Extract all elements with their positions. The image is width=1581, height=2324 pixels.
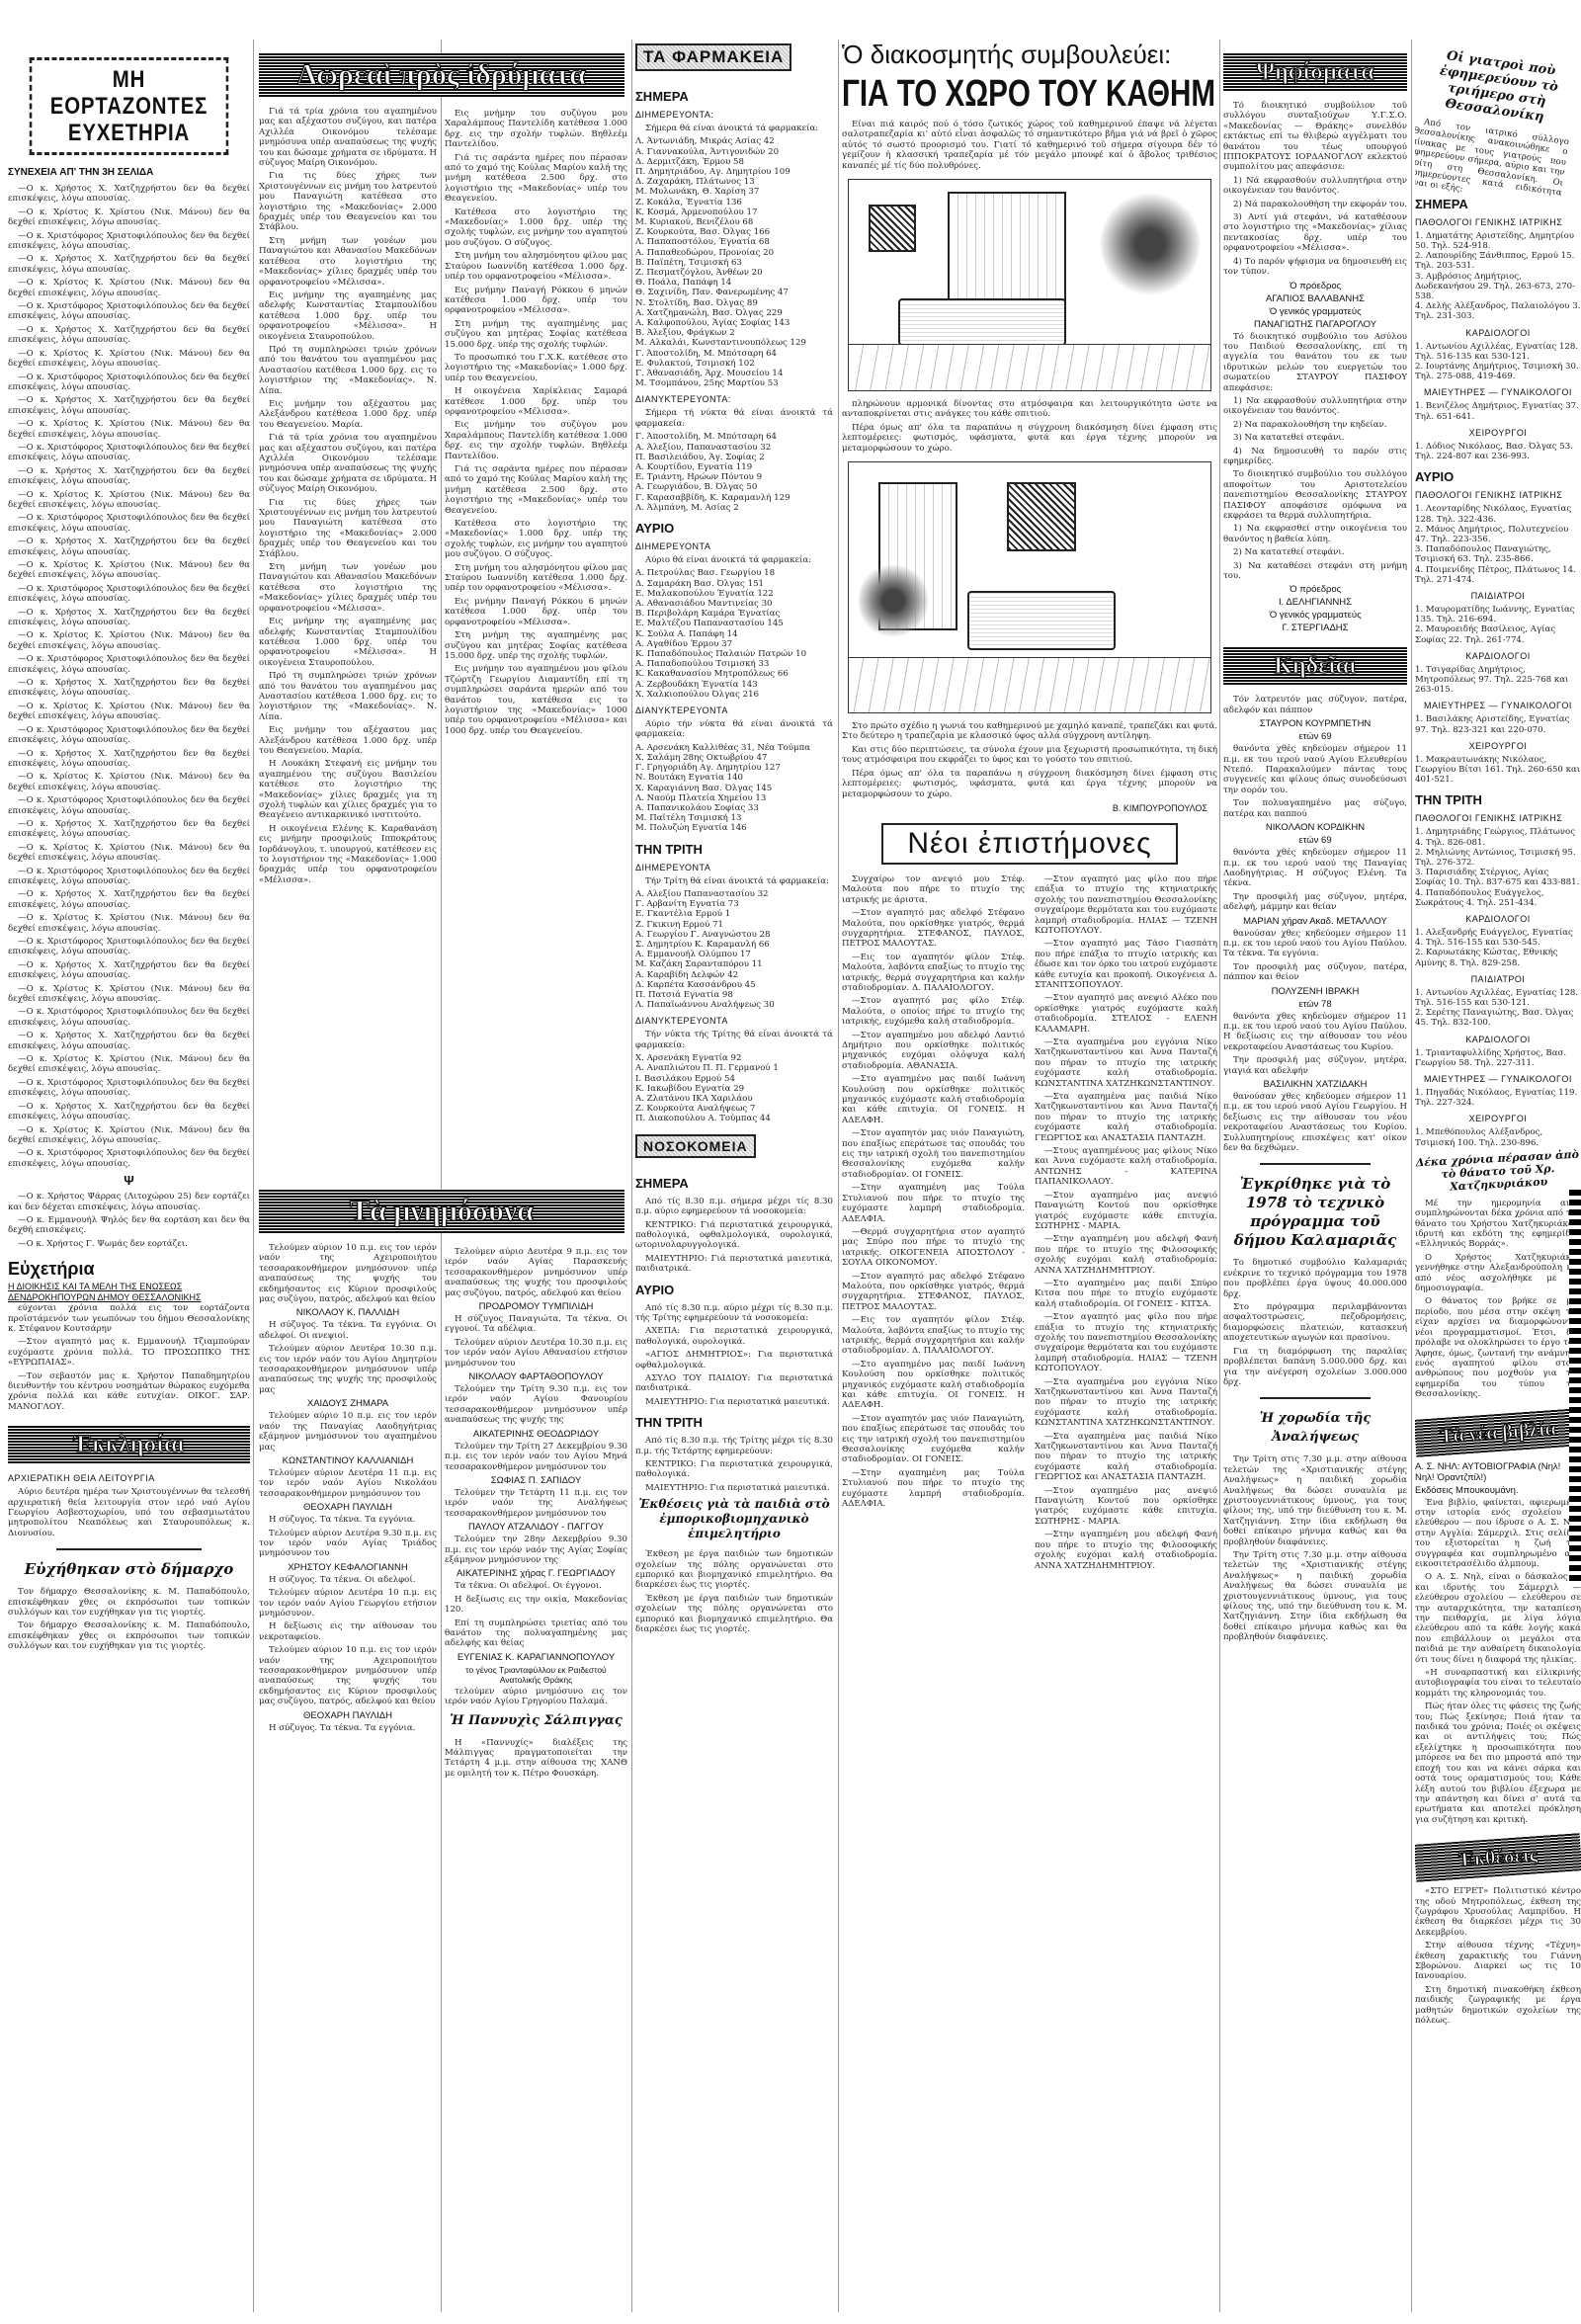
pharmacy-entry: Χ. Χαλκιοπούλου Όλγας 216 <box>635 690 833 700</box>
greetings-filler: —Ο κ. Χρήστος Χ. Χατζηχρήστου δεν θα δεχ… <box>8 184 250 1169</box>
pharmacies-today: ΣΗΜΕΡΑ <box>635 89 833 104</box>
pharmacies-day-label: ΔΙΗΜΕΡΕΥΟΝΤΑ <box>635 541 833 551</box>
doctor-entry: 2. Καρυωτάκης Κώστας, Εθνικής Αμύνης 8. … <box>1415 948 1581 967</box>
doctor-specialty: ΠΑΙΔΙΑΤΡΟΙ <box>1415 974 1581 984</box>
doctors-tuesday: ΤΗΝ ΤΡΙΤΗ <box>1415 792 1581 807</box>
memorial-text: Τελούμεν αύριο Δευτέρα 9 π.μ. εις τον ιε… <box>445 1247 627 1298</box>
funeral-intro: Την προσφιλή μας σύζυγον, μητέρα, αδελφή… <box>1223 892 1407 913</box>
floor-drawing <box>849 344 1210 390</box>
hospital-entry: ΑΧΕΠΑ: Για περιστατικά χειρουργικά, παθο… <box>635 1326 833 1347</box>
donation-item: Εις μνήμην της αγαπημένης μας αδελφής Κω… <box>259 617 437 668</box>
doctor-entry: 1. Αντωνίου Αχιλλέας, Εγνατίας 128. Τηλ.… <box>1415 342 1581 362</box>
pharmacy-entry: Α. Αθανασιάδου Μαντινείας 30 <box>635 599 833 609</box>
greeting-entry: —Ο κ. Χριστόφορος Χριστοφιλόπουλος δεν θ… <box>8 795 250 816</box>
funeral-text: θανόντα χθες κηδεύομεν σήμερον 11 π.μ. ε… <box>1223 1012 1407 1053</box>
book-review: Ο Α. Σ. Νηλ, είναι ο δάσκαλος — και ιδρυ… <box>1415 1572 1581 1665</box>
anniversary-text: Ο θάνατος τον βρήκε σε μια περίοδο, που … <box>1415 1296 1581 1399</box>
pharmacy-entry: Θ. Ποάλα, Παπάφη 14 <box>635 278 833 288</box>
article-paragraph: Πέρα όμως απ' όλα τα παραπάνω η σύγχρονη… <box>842 423 1217 454</box>
donation-item: Γιά τις σαράντα ημέρες που πέρασαν από τ… <box>445 464 627 516</box>
memorial-name: ΝΙΚΟΛΑΟΥ ΦΑΡΤΑΘΟΠΟΥΛΟΥ <box>445 1371 627 1382</box>
memorial-text: Τελούμεν την Τρίτη 9.30 π.μ. εις τον ιερ… <box>445 1384 627 1426</box>
blessing-text: Τον δήμαρχο Θεσσαλονίκης κ. Μ. Παπαδόπου… <box>8 1620 250 1651</box>
congrats-entry: —Στα αγαπημένα μου εγγόνια Νίκο Χατζηκων… <box>1035 1037 1217 1089</box>
funeral-name: ΣΤΑΥΡΟΝ ΚΟΥΡΜΠΕΤΗΝ <box>1223 718 1407 729</box>
memorial-text: Η δεξίωσις εις την οικία, Μακεδονίας 120… <box>445 1595 627 1616</box>
greeting-entry: —Ο κ. Χρίστος Κ. Χρίστου (Νικ. Μάνου) δε… <box>8 349 250 370</box>
donation-item: Στη μνήμη του αλησμόνητου φίλου μας Σταύ… <box>445 563 627 594</box>
greeting-entry: —Ο κ. Χριστόφορος Χριστοφιλόπουλος δεν θ… <box>8 1148 250 1169</box>
donation-item: Η οικογένεια Ελένης Κ. Καραθανάση εις μν… <box>259 824 437 885</box>
pharmacies-intro: Σήμερα τή νύκτα θά είναι άνοικτά τά φαρμ… <box>635 408 833 429</box>
liturgy-title: ΑΡΧΙΕΡΑΤΙΚΗ ΘΕΙΑ ΛΕΙΤΟΥΡΓΙΑ <box>8 1473 250 1483</box>
greeting-entry: —Ο κ. Χριστόφορος Χριστοφιλόπουλος δεν θ… <box>8 1078 250 1099</box>
pharmacy-entry: Γ. Άποστολίδη, Μ. Μπότσαρη 64 <box>635 432 833 442</box>
doctor-specialty: ΧΕΙΡΟΥΡΓΟΙ <box>1415 1114 1581 1123</box>
memorial-text: Τελούμεν αύριον Δευτέρα 9.30 π.μ. εις το… <box>259 1529 437 1559</box>
signature-role: Ὁ πρόεδρος <box>1223 584 1407 595</box>
greeting-entry: —Ο κ. Χριστόφορος Χριστοφιλόπουλος δεν θ… <box>8 373 250 393</box>
pharmacy-entry: Δ. Δερμιτζάκη, Έρμου 58 <box>635 157 833 167</box>
greeting-entry: —Ο κ. Χρίστος Κ. Χρίστου (Νικ. Μάνου) δε… <box>8 1125 250 1146</box>
congrats-entry: —Στα αγαπημένα μου εγγόνια Νίκο Χατζηκων… <box>1035 1377 1217 1429</box>
doctor-specialty: ΚΑΡΔΙΟΛΟΓΟΙ <box>1415 328 1581 338</box>
pharmacy-entry: Γ. Άποστολίδη, Μ. Μπότσαρη 64 <box>635 349 833 359</box>
doctors-rotated-block: Οἱ γιατροὶ ποὺ ἐφημερεύουν τὸ τριήμερο σ… <box>1415 45 1579 208</box>
article-paragraph: Είναι πιά καιρός πού ό τόσο ζωτικός χώρο… <box>842 120 1217 171</box>
signature-name: ΠΑΝΑΓΙΩΤΗΣ ΠΑΓΑΡΟΓΛΟΥ <box>1223 319 1407 330</box>
doctor-entry: 2. Ιουρτάνης Δημήτριος, Τσιμισκή 30. Τηλ… <box>1415 362 1581 381</box>
memorial-text: Η σύζυγος. Τα τέκνα. Οι αδελφοί. <box>259 1575 437 1585</box>
memorial-text: Τελούμεν αύριον Δευτέρα 10.30 π.μ. εις τ… <box>445 1338 627 1369</box>
book-review: Ένα βιβλίο, φαίνεται, αφιερωμένο στην ισ… <box>1415 1498 1581 1570</box>
resolution-text: 2) Να παρακολουθήση την κηδείαν. <box>1223 420 1407 430</box>
congrats-entry: —Στα αγαπημένα μας παιδιά Νίκο Χατζηκωνσ… <box>1035 1092 1217 1143</box>
greeting-entry: —Ο κ. Χρήστος Χ. Χατζηχρήστου δεν θα δεχ… <box>8 537 250 557</box>
doctor-specialty: ΚΑΡΔΙΟΛΟΓΟΙ <box>1415 651 1581 661</box>
signature-name: Ι. ΔΕΛΗΓΙΑΝΝΗΣ <box>1223 597 1407 608</box>
pharmacy-entry: Κ. Κοσμά, Άρμενοπούλου 17 <box>635 207 833 217</box>
pharmacy-entry: Γ. Αρβανίτη Εγνατία 73 <box>635 899 833 909</box>
congrats-entry: —Εις τον αγαπητόν φίλον Στέφ. Μαλούτα, λ… <box>842 1315 1025 1357</box>
pharmacies-day-list: Λ. Άντωνιάδη, Μικράς Ασίας 42 Α. Γιαννακ… <box>635 136 833 388</box>
doctor-entry: 1. Δόδιος Νικόλαος, Βασ. Όλγας 53. Τηλ. … <box>1415 442 1581 461</box>
congrats-entry: —Στο αγαπημένο μας παιδί Σπύρο Κιτσα που… <box>1035 1279 1217 1309</box>
pharmacy-entry: Ζ. Κουρκούτα Αναλήψεως 7 <box>635 1104 833 1114</box>
pharmacies-tomorrow-list: Α. Πετρούλας Βασ. Γεωργίου 18 Δ. Σαμαράκ… <box>635 568 833 700</box>
divider <box>1260 1397 1371 1399</box>
greeting-entry: —Ο κ. Χρήστος Χ. Χατζηχρήστου δεν θα δεχ… <box>8 1031 250 1051</box>
donation-item: Εις μνήμην του συζύγου μου Χαραλάμπους Π… <box>445 109 627 150</box>
pharmacy-entry: Κ. Παπαδόπουλος Παλαιών Πατρών 10 <box>635 649 833 659</box>
resolution-text: 1) Να εκφρασθεί στην οικογένεια του θανό… <box>1223 524 1407 544</box>
column-rule <box>441 40 442 2312</box>
pharmacy-entry: Α. Παπαδοπούλου Τσιμισκή 33 <box>635 659 833 669</box>
column-resolutions: Ψηφίσματα Τό διοικητικό συμβούλιον τοῦ σ… <box>1223 40 1407 2312</box>
divider <box>56 1548 202 1550</box>
greeting-entry: —Ο κ. Χριστόφορος Χριστοφιλόπουλος δεν θ… <box>8 654 250 675</box>
pharmacy-entry: Π. Πατσιά Εγνατία 98 <box>635 990 833 1000</box>
funeral-name: ΜΑΡΙΑΝ χήραν Ακαδ. ΜΕΤΑΛΛΟΥ <box>1223 916 1407 927</box>
doctor-entry: 1. Δηματάτης Αριστείδης, Δημητρίου 50. Τ… <box>1415 231 1581 251</box>
doctors-header: Οἱ γιατροὶ ποὺ ἐφημερεύουν τὸ τριήμερο σ… <box>1416 45 1579 129</box>
pharmacy-entry: Δ. Καρπέτα Κασσάνδρου 45 <box>635 980 833 990</box>
resolution-text: 3) Να κατατεθεί στεφάνι. <box>1223 433 1407 443</box>
blessing-text: Τον δήμαρχο Θεσσαλονίκης κ. Μ. Παπαδόπου… <box>8 1587 250 1618</box>
donation-item: Στη μνήμη των γονέων μου Παναγιώτου και … <box>259 562 437 614</box>
pharmacies-tomorrow-night-list: Α. Αρσενάκη Καλλιθέας 31, Νέα Τούμπα Χ. … <box>635 743 833 834</box>
pharmacy-entry: Λ. Παπαϊωάννου Αναλήψεως 30 <box>635 1000 833 1010</box>
pharmacy-entry: Δ. Ζαχαράκη, Πλάτωνος 13 <box>635 177 833 187</box>
greeting-entry: —Ο κ. Χρήστος Χ. Χατζηχρήστου δεν θα δεχ… <box>8 184 250 205</box>
greeting-entry: —Ο κ. Χρήστος Ψάρρας (Λιτοχώρου 25) δεν … <box>8 1192 250 1212</box>
doctor-entry: 1. Αλεξανδρής Ευάγγελος, Εγνατίας 4. Τηλ… <box>1415 928 1581 948</box>
congrats-entry: —Στον αγαπητό μας φίλο Στέφ. Μαλούτα, ο … <box>842 996 1025 1027</box>
article-paragraph: Και στις δύο περιπτώσεις, τα σύνολα έχου… <box>842 745 1217 766</box>
kalamaria-text: Για τη διαμόρφωση της παραλίας προβλέπετ… <box>1223 1347 1407 1388</box>
memorial-text: Επί τη συμπληρώσει τριετίας από του θανά… <box>445 1618 627 1649</box>
pharmacy-entry: Ι. Βασιλάκου Ερμού 54 <box>635 1074 833 1084</box>
hospital-entry: ΜΑΙΕΥΤΗΡΙΟ: Για περιστατικά μαιευτικά. <box>635 1483 833 1493</box>
hospitals-intro: Από τίς 8.30 π.μ. αύριο μέχρι τίς 8.30 π… <box>635 1303 833 1324</box>
hospital-entry: ΑΣΥΛΟ ΤΟΥ ΠΑΙΔΙΟΥ: Για περιστατικά παιδι… <box>635 1373 833 1394</box>
greeting-entry: —Ο κ. Χρήστος Χ. Χατζηχρήστου δεν θα δεχ… <box>8 466 250 487</box>
doctor-entry: 1. Λεονταρίδης Νικόλαος, Εγνατίας 128. Τ… <box>1415 504 1581 524</box>
greeting-entry: —Ο κ. Χρίστος Κ. Χρίστου (Νικ. Μάνου) δε… <box>8 772 250 792</box>
article-byline: Β. ΚΙΜΠΟΥΡΟΠΟΥΛΟΣ <box>852 803 1207 813</box>
exhibitions-banner: Ἐκθέσεις <box>1415 1833 1581 1882</box>
resolution-text: 3) Να καταθέσει στεφάνι στη μνήμη του. <box>1223 561 1407 582</box>
funeral-age: ετών 69 <box>1223 731 1407 742</box>
exhibit-title: Ἐκθέσεις γιὰ τὰ παιδιὰ στὸ ἐμπορικοβιομη… <box>635 1497 833 1541</box>
donation-item: Εις μνήμην Παναγή Ρόκκου 6 μηνών κατέθεσ… <box>445 286 627 316</box>
greetings-header: ΜΗ ΕΟΡΤΑΖΟΝΤΕΣ ΕΥΧΕΤΗΡΙΑ <box>30 57 228 155</box>
pharmacy-entry: Μ. Καζάκη Σαρανταπόρου 11 <box>635 959 833 969</box>
donation-item: Η οικογένεια Χαρίκλειας Σαμαρά κατέθεσε … <box>445 386 627 417</box>
congrats-entry: —Στον αγαπητόν μας υιόν Παναγιώτη, που ε… <box>842 1414 1025 1465</box>
donation-item: Για τις δύες χήρες των Χριστουγέννων εις… <box>259 171 437 232</box>
funeral-intro: Τον προσφιλή μας σύζυγον, πατέρα, πάππον… <box>1223 962 1407 983</box>
pharmacy-entry: Β. Άλεξίου, Φράγκων 2 <box>635 328 833 338</box>
hospital-entry: ΚΕΝΤΡΙΚΟ: Γιά περιστατικά χειρουργικά, π… <box>635 1220 833 1251</box>
greeting-entry: —Ο κ. Χρήστος Χ. Χατζηχρήστου δεν θα δεχ… <box>8 889 250 910</box>
euxetiria-text: —Στον αγαπητό μας κ. Εμμανουήλ Τζιαμπούρ… <box>8 1337 250 1368</box>
pharmacies-tomorrow: ΑΥΡΙΟ <box>635 521 833 536</box>
donation-item: Εις μνήμην του αγαπημένου μου φίλου Τζώρ… <box>445 664 627 736</box>
anniversary-text: Ο Χρήστος Χατζηκυριάκος γεννήθηκε στην Α… <box>1415 1253 1581 1294</box>
column-donations-right: Εις μνήμην του συζύγου μου Χαραλάμπους Π… <box>445 40 627 2312</box>
pharmacy-entry: Λ. Ναούμ Πλατεία Χημείου 13 <box>635 793 833 803</box>
doctor-entry: 4. Παπαδόπουλος Ευάγγελος, Σωκράτους 4. … <box>1415 888 1581 908</box>
pharmacy-entry: Ε. Μαλακοπούλου Έγνατία 122 <box>635 589 833 599</box>
pharmacy-entry: Α. Άλεξίου, Παπαναστασίου 32 <box>635 443 833 453</box>
pharmacies-night-label: ΔΙΑΝΥΚΤΕΡΕΥΟΝΤΑ: <box>635 394 833 404</box>
memorial-name: ΧΑΙΔΟΥΣ ΖΗΜΑΡΑ <box>259 1398 437 1409</box>
memorial-text: Τελούμεν αύριο 10 π.μ. εις τον ιερόν ναό… <box>259 1411 437 1452</box>
exhibition-text: «ΣΤΟ ΕΓΡΕΤ» Πολιτιστικό κέντρο της οδού … <box>1415 1886 1581 1938</box>
congrats-entry: —Στον αγαπητό μας αδελφό Στέφανο Μαλούτα… <box>842 908 1025 950</box>
pharmacy-entry: Μ. Παϊτέλη Τσιμισκή 13 <box>635 813 833 823</box>
pharmacy-entry: Α. Γεωργιάδου, Β. Όλγας 50 <box>635 482 833 492</box>
donation-item: Πρό τη συμπληρώσει τριών χρόνων από του … <box>259 345 437 396</box>
resolution-text: Τό διοικητικό συμβούλιον τοῦ συλλόγου συ… <box>1223 101 1407 173</box>
resolution-text: 1) Να εκφρασθούν συλλυπητήρια στην οικογ… <box>1223 396 1407 417</box>
resolution-text: 3) Αντί γιά στεφάνι, νά καταθέσουν στο λ… <box>1223 212 1407 254</box>
plant-drawing <box>859 561 928 640</box>
hospitals-today: ΣΗΜΕΡΑ <box>635 1176 833 1191</box>
congrats-entry: —Στην αγαπημένη μας Τούλα Στυλιανού που … <box>842 1468 1025 1510</box>
pharmacy-entry: Α. Κουρτίδου, Εγνατία 119 <box>635 462 833 472</box>
doctor-entry: 2. Μηλιώνης Αντώνιος, Τσιμισκή 95. Τηλ. … <box>1415 848 1581 868</box>
memorial-name: ΑΙΚΑΤΕΡΙΝΗΣ ΘΕΟΔΩΡΙΔΟΥ <box>445 1429 627 1440</box>
pharmacies-night-label: ΔΙΑΝΥΚΤΕΡΕΥΟΝΤΑ <box>635 1016 833 1026</box>
hospitals-intro: Από τίς 8.30 π.μ. τής Τρίτης μέχρι τίς 8… <box>635 1436 833 1456</box>
pharmacy-entry: Ε. Μαλτέζου Παπαναστασίου 145 <box>635 619 833 628</box>
greeting-entry: —Ο κ. Χριστόφορος Χριστοφιλόπουλος δεν θ… <box>8 231 250 252</box>
article-paragraph: πληρώνουν αρμονικά δίνοντας στο ατμόσφαι… <box>842 399 1217 420</box>
congrats-entry: Συγχαίρω τον ανεψιό μου Στέφ. Μαλούτα πο… <box>842 874 1025 905</box>
doctor-specialty: ΚΑΡΔΙΟΛΟΓΟΙ <box>1415 1035 1581 1044</box>
doctor-specialty: ΠΑΘΟΛΟΓΟΙ ΓΕΝΙΚΗΣ ΙΑΤΡΙΚΗΣ <box>1415 490 1581 500</box>
greeting-entry: —Ο κ. Χρήστος Χ. Χατζηχρήστου δεν θα δεχ… <box>8 325 250 346</box>
pharmacy-entry: Μ. Κυριακού, Βενιζέλου 68 <box>635 217 833 227</box>
book-review: «Η συναρπαστική και είλικρινής αυτοβιογρ… <box>1415 1668 1581 1699</box>
column-rule <box>253 40 254 2312</box>
pharmacy-entry: Δ. Σαμαράκη Βασ. Όλγας 151 <box>635 579 833 589</box>
euxetiria-text: —Τον σεβαστόν μας κ. Χρήστον Παπαδημητρί… <box>8 1371 250 1413</box>
pharmacy-entry: Α. Αγαθίδου Έρμου 37 <box>635 639 833 649</box>
column-rule <box>838 40 839 2312</box>
funeral-text: θανόντα χθές κηδεύομεν σήμερον 11 π.μ. ε… <box>1223 744 1407 795</box>
signature-role: Ὁ γενικός γραμματεύς <box>1223 610 1407 621</box>
pharmacy-entry: Α. Γεωργίου Γ. Αναγνώστου 28 <box>635 930 833 940</box>
resolution-text: 2) Νά παρακολουθήση την εκφοράν του. <box>1223 200 1407 209</box>
congrats-entry: —Στον αγαπητό μας ανεψιό Αλέκο που ορκίσ… <box>1035 993 1217 1035</box>
doctor-entry: 1. Μακραυτωνάκης Νικόλαος, Γεωργίου Βίτσ… <box>1415 755 1581 786</box>
pharmacy-entry: Α. Γιαννακούλα, Άντιγονιδών 20 <box>635 147 833 157</box>
donation-item: Στη μνήμη της αγαπημένης μας συζύγου και… <box>445 630 627 661</box>
memorial-text: Τελούμεν αύριον Δευτέρα 10.30 π.μ. εις τ… <box>259 1344 437 1395</box>
choir-title: Ἡ χορωδία τῆς Ἀναλήψεως <box>1223 1409 1407 1447</box>
resolution-text: 1) Νά εκφρασθούν συλλυπητήρια στην οικογ… <box>1223 176 1407 197</box>
congrats-entry: —Στα αγαπημένα μας παιδιά Νίκο Χατζηκωνσ… <box>1035 1432 1217 1483</box>
doctor-entry: 1. Τριανταφυλλίδης Χρήστος, Βασ. Γεωργίο… <box>1415 1048 1581 1068</box>
congrats-entry: —Στην αγαπημένη μου αδελφή Φανή που πήρε… <box>1035 1530 1217 1571</box>
donation-item: Εις μνήμην της αγαπημένης μας αδελφής Κω… <box>259 290 437 342</box>
congrats-entry: —Θερμά συγχαρητήρια στον αγαπητό μας Σπύ… <box>842 1227 1025 1269</box>
congrats-entry: —Στο αγαπημένο μας παιδί Ιωάννη Κουλούση… <box>842 1360 1025 1411</box>
new-scientists-body: Συγχαίρω τον ανεψιό μου Στέφ. Μαλούτα πο… <box>842 874 1217 1574</box>
pharmacy-entry: Μ. Πολυζώη Εγνατία 146 <box>635 823 833 833</box>
pharmacy-entry: Α. Ζερβουδάκη Έγνατία 143 <box>635 680 833 690</box>
pharmacy-entry: Α. Χατζημανώλη, Βασ. Όλγας 229 <box>635 308 833 318</box>
doctor-entry: 3. Παπαδόπουλος Παναγιώτης, Τσιμισκή 63.… <box>1415 544 1581 564</box>
congrats-entry: —Στους αγαπημένους μας φίλους Νίκο και Ά… <box>1035 1146 1217 1188</box>
funeral-age: ετών 78 <box>1223 999 1407 1010</box>
pharmacies-intro: Αύριο τήν νύκτα θά είναι άνοικτά τά φαρμ… <box>635 719 833 740</box>
new-scientists-title: Νέοι ἐπιστήμονες <box>881 823 1178 865</box>
pharmacy-entry: Χ. Αρσενάκη Εγνατία 92 <box>635 1053 833 1063</box>
pharmacies-tuesday-list: Α. Αλεξίου Παπαναστασίου 32 Γ. Αρβανίτη … <box>635 889 833 1010</box>
column-donations-left: Δωρεαὶ πρὸς ἱδρύματα Γιά τά τρία χρόνια … <box>259 40 437 2312</box>
doctor-entry: 1. Βασιλάκης Αριστείδης, Εγνατίας 97. Τη… <box>1415 714 1581 734</box>
hospital-entry: «ΑΓΙΟΣ ΔΗΜΗΤΡΙΟΣ»: Για περιστατικά οφθαλ… <box>635 1350 833 1370</box>
resolution-text: 4) Να δημοσιευθή το παρόν στις εφημερίδε… <box>1223 447 1407 467</box>
column-decorator: Ὁ διακοσμητής συμβουλεύει: ΓΙΑ ΤΟ ΧΩΡΟ Τ… <box>842 40 1217 2312</box>
doctor-entry: 3. Αμβρόσιος Δημήτριος, Δωδεκανήσου 29. … <box>1415 272 1581 302</box>
letter-divider: Ψ <box>8 1173 250 1188</box>
signature-name: ΑΓΑΠΙΟΣ ΒΑΛΑΒΑΝΗΣ <box>1223 293 1407 304</box>
memorial-name: ΘΕΟΧΑΡΗ ΠΑΥΛΙΔΗ <box>259 1502 437 1513</box>
pharmacy-entry: Λ. Άντωνιάδη, Μικράς Ασίας 42 <box>635 136 833 146</box>
pharmacy-entry: Λ. Παπαποστόλου, Έγνατία 68 <box>635 237 833 247</box>
pharmacy-entry: Α. Ζλατάνου ΙΚΑ Χαριλάου <box>635 1094 833 1104</box>
blessing-title: Εὐχήθηκαν στὸ δήμαρχο <box>8 1560 250 1579</box>
signature-role: Ὁ πρόεδρος <box>1223 281 1407 291</box>
greeting-entry: —Ο κ. Χρίστος Κ. Χρίστου (Νικ. Μάνου) δε… <box>8 702 250 722</box>
choir-text: Την Τρίτη στις 7.30 μ.μ. στην αίθουσα τε… <box>1223 1550 1407 1643</box>
pharmacy-entry: Γ. Καρασαββίδη, Κ. Καραμανλή 129 <box>635 493 833 503</box>
pharmacy-entry: Ζ. Κουρκούτα, Βασ. Όλγας 166 <box>635 227 833 237</box>
pharmacy-entry: Α. Καραβίδη Δελφών 42 <box>635 970 833 980</box>
memorial-text: Τελούμεν την 28ην Δεκεμβρίου 9.30 π.μ. ε… <box>445 1535 627 1565</box>
congrats-entry: —Στον αγαπητό μας αδελφό Στέφανο Μαλούτα… <box>842 1272 1025 1313</box>
article-paragraph: Στο πρώτο σχέδιο η γωνιά του καθημερινού… <box>842 721 1217 742</box>
greeting-entry: —Ο κ. Χριστόφορος Χριστοφιλόπουλος δεν θ… <box>8 301 250 322</box>
kalamaria-title: Ἐγκρίθηκε γιὰ τὸ 1978 τὸ τεχνικὸ πρόγραμ… <box>1223 1175 1407 1250</box>
donation-item: Εις μνήμην του συζύγου μου Χαραλάμπους Π… <box>445 420 627 461</box>
memorial-text: Τελούμεν αύριον 10 π.μ. εις τον ιερόν να… <box>259 1243 437 1304</box>
doctor-specialty: ΚΑΡΔΙΟΛΟΓΟΙ <box>1415 914 1581 924</box>
column-greetings: ΜΗ ΕΟΡΤΑΖΟΝΤΕΣ ΕΥΧΕΤΗΡΙΑ ΣΥΝΕΧΕΙΑ ΑΠ' ΤΗ… <box>8 40 250 2312</box>
hospitals-tomorrow: ΑΥΡΙΟ <box>635 1283 833 1297</box>
doctor-entry: 2. Μαυροειδής Βασίλειος, Αγίας Σοφίας 22… <box>1415 624 1581 644</box>
doctor-entry: 1. Αντωνίου Αχιλλέας, Εγνατίας 128. Τηλ.… <box>1415 988 1581 1008</box>
congrats-entry: —Στον αγαπημένο μας ανεψιό Παναγιώτη Κον… <box>1035 1191 1217 1232</box>
column-rule <box>1219 40 1220 2312</box>
greeting-entry: —Ο κ. Χρίστος Κ. Χρίστου (Νικ. Μάνου) δε… <box>8 984 250 1005</box>
congrats-entry: —Στον αγαπημένο μας ανεψιό Παναγιώτη Κον… <box>1035 1486 1217 1528</box>
memorial-name-note: το γένος Τριανταφύλλου εκ Ραιδεστού Ανατ… <box>445 1665 627 1685</box>
greeting-entry: —Ο κ. Χριστόφορος Χριστοφιλόπουλος δεν θ… <box>8 725 250 746</box>
pharmacies-intro: Σήμερα θά είναι άνοικτά τά φαρμακεία: <box>635 124 833 133</box>
hospital-entry: ΜΑΙΕΥΤΗΡΙΟ: Γιά περιστατικά μαιευτικά, π… <box>635 1254 833 1275</box>
greeting-entry: —Ο κ. Χρήστος Χ. Χατζηχρήστου δεν θα δεχ… <box>8 819 250 840</box>
donation-item: Πρό τη συμπληρώσει τριών χρόνων από του … <box>259 671 437 722</box>
doctor-entry: 1. Βενιζέλος Δημήτριος, Εγνατίας 37. Τηλ… <box>1415 401 1581 421</box>
memorial-text: Τελούμεν αύριον Δευτέρα 11 π.μ. εις τον … <box>259 1468 437 1499</box>
doctor-specialty: ΠΑΙΔΙΑΤΡΟΙ <box>1415 591 1581 601</box>
pharmacies-intro: Τήν Τρίτη θά είναι άνοικτά τά φαρμακεία: <box>635 876 833 886</box>
congrats-entry: —Στον αγαπητό μας φίλο που πήρε επάξια τ… <box>1035 1312 1217 1373</box>
memorial-name: ΑΙΚΑΤΕΡΙΝΗΣ χήρας Γ. ΓΕΩΡΓΙΑΔΟΥ <box>445 1568 627 1579</box>
pharmacies-tuesday-night-list: Χ. Αρσενάκη Εγνατία 92 Α. Αναπλιώτου Π. … <box>635 1053 833 1123</box>
page-edge-binding <box>1569 1186 1581 1581</box>
donation-item: Για τις δύες χήρες των Χριστουγέννων εις… <box>259 498 437 559</box>
donation-item: Εις μνήμην του αξέχαστου μας Αλεξάνδρου … <box>259 725 437 756</box>
funeral-intro: Τον πολυαγαπημένο μας σύζυγο, πατέρα και… <box>1223 798 1407 819</box>
memorial-text: Η σύζυγος. Τα τέκνα. Τα εγγόνια. <box>259 1515 437 1525</box>
pharmacy-entry: Α. Αρσενάκη Καλλιθέας 31, Νέα Τούμπα <box>635 743 833 753</box>
banner-text: Τὰ νέα βιβλία <box>1440 1417 1557 1447</box>
greeting-entry: —Ο κ. Χρήστος Χ. Χατζηχρήστου δεν θα δεχ… <box>8 1102 250 1122</box>
pharmacy-entry: Μ. Μυλωνάκη, Θ. Χαρίση 37 <box>635 187 833 197</box>
funeral-intro: Την προσφιλή μας σύζυγον, μητέρα, γιαγιά… <box>1223 1055 1407 1076</box>
wall-picture-drawing <box>869 205 916 252</box>
resolution-text: Τό διοικητικό συμβούλιο του Ασύλου του Π… <box>1223 332 1407 393</box>
hospital-entry: ΜΑΙΕΥΤΗΡΙΟ: Για περιστατικά μαιευτικά. <box>635 1397 833 1407</box>
greeting-entry: —Ο κ. Χρίστος Κ. Χρίστου (Νικ. Μάνου) δε… <box>8 630 250 651</box>
greeting-entry: —Ο κ. Χρίστος Κ. Χρίστου (Νικ. Μάνου) δε… <box>8 913 250 934</box>
memorial-text: Τελούμεν αύριον 10 π.μ. εις τον ιερόν να… <box>259 1645 437 1706</box>
greeting-entry: —Ο κ. Χρίστος Κ. Χρίστου (Νικ. Μάνου) δε… <box>8 560 250 581</box>
pharmacy-entry: Λ. Άλμπάνη, Μ. Ασίας 2 <box>635 503 833 513</box>
congrats-entry: —Εις τον αγαπητόν φίλον Στέφ. Μαλούτα, λ… <box>842 953 1025 994</box>
exhibit-text: Έκθεση με έργα παιδιών των δημοτικών σχο… <box>635 1594 833 1635</box>
funeral-age: ετών 69 <box>1223 835 1407 846</box>
funeral-text: θανόντα χθές κηδεύομεν σήμερον 11 π.μ. ε… <box>1223 848 1407 889</box>
pharmacy-entry: Π. Διακοπούλου Α. Τούμπας 44 <box>635 1114 833 1123</box>
column-doctors: Οἱ γιατροὶ ποὺ ἐφημερεύουν τὸ τριήμερο σ… <box>1415 40 1581 2312</box>
pharmacy-entry: Κ. Σούλα Α. Παπάφη 14 <box>635 629 833 639</box>
greeting-entry: —Ο κ. Χριστόφορος Χριστοφιλόπουλος δεν θ… <box>8 584 250 605</box>
memorial-name: ΚΩΝΣΤΑΝΤΙΝΟΥ ΚΑΛΛΙΑΝΙΔΗ <box>259 1455 437 1466</box>
memorial-name: ΠΑΥΛΟΥ ΑΤΖΑΛΙΔΟΥ - ΠΑΓΓΟΥ <box>445 1522 627 1533</box>
column-rule <box>1411 40 1412 2312</box>
wall-picture-drawing <box>1007 482 1076 551</box>
doctor-specialty: ΧΕΙΡΟΥΡΓΟΙ <box>1415 741 1581 751</box>
pharmacy-entry: Γ. Άθανασιάδη, Άρχ. Μουσείου 14 <box>635 369 833 378</box>
pharmacy-entry: Γ. Γρηγοριάδη Αγ. Δημητρίου 127 <box>635 763 833 773</box>
funeral-name: ΒΑΣΙΛΙΚΗΝ ΧΑΤΖΙΔΑΚΗ <box>1223 1079 1407 1090</box>
donation-item: Γιά τις σαράντα ημέρες που πέρασαν από τ… <box>445 153 627 205</box>
signature-role: Ὁ γενικός γραμματεύς <box>1223 306 1407 317</box>
memorial-text: Τα τέκνα. Οι αδελφοί. Οι έγγονοι. <box>445 1581 627 1591</box>
donation-item: Γιά τά τρία χρόνια του αγαπημένου μας κα… <box>259 107 437 168</box>
ekklisiai-banner: Ἐκκλησίαι <box>8 1426 250 1463</box>
hospitals-intro: Από τίς 8.30 π.μ. σήμερα μέχρι τίς 8.30 … <box>635 1197 833 1217</box>
pharmacy-entry: Α. Παπαθεοδώρου, Προνοίας 20 <box>635 248 833 258</box>
donation-item: Κατέθεσα στο λογιστήριο της «Μακεδονίας»… <box>445 207 627 249</box>
doctor-entry: 1. Πηγαδάς Νικόλαος, Εγνατίας 119. Τηλ. … <box>1415 1088 1581 1108</box>
donation-item: Εις μνήμην του αξέχαστου μας Αλεξάνδρου … <box>259 399 437 430</box>
memorial-text: Τελούμεν την Τρίτη 27 Δεκεμβρίου 9.30 π.… <box>445 1442 627 1472</box>
donation-item: Στη μνήμη του αλησμόνητου φίλου μας Σταύ… <box>445 251 627 282</box>
memorial-text: Η σύζυγος. Τα τέκνα. Τα εγγόνια. <box>259 1723 437 1733</box>
floor-drawing <box>849 657 1210 712</box>
doctor-entry: 2. Σερέτης Παναγιώτης, Βασ. Όλγας 45. Τη… <box>1415 1008 1581 1028</box>
memorial-text: Τελούμεν αύριον Δευτέρα 10 π.μ. εις τον … <box>259 1588 437 1618</box>
pharmacies-night-list: Γ. Άποστολίδη, Μ. Μπότσαρη 64 Α. Άλεξίου… <box>635 432 833 513</box>
pharmacy-entry: Ζ. Κοκάλα, Έγνατία 136 <box>635 198 833 207</box>
pharmacy-entry: Χ. Καραγιάννη Βασ. Όλγας 145 <box>635 784 833 793</box>
pharmacies-day-label: ΔΙΗΜΕΡΕΥΟΝΤΑ <box>635 863 833 872</box>
donation-item: Κατέθεσα στο λογιστήριο της «Μακεδονίας»… <box>445 519 627 560</box>
exhibition-text: Στη δημοτική πινακοθήκη έκθεση παιδικής … <box>1415 1985 1581 2027</box>
congrats-entry: —Στον αγαπητόν μας υιόν Παναγιώτη, που ε… <box>842 1128 1025 1180</box>
greeting-entry: —Ο κ. Χρήστος Χ. Χατζηχρήστου δεν θα δεχ… <box>8 254 250 275</box>
pharmacy-entry: Α. Εμμανουήλ Ολύμπου 17 <box>635 950 833 959</box>
pharmacy-entry: Κ. Κακαθανασίου Μητροπόλεως 66 <box>635 669 833 679</box>
window-drawing <box>948 192 1066 310</box>
pharmacy-entry: Μ. Τσομπάνου, 25ης Μαρτίου 53 <box>635 378 833 388</box>
sofa-drawing <box>898 298 1066 346</box>
pharmacy-entry: Α. Αλεξίου Παπαναστασίου 32 <box>635 889 833 899</box>
kalamaria-text: Στο πρόγραμμα περιλαμβάνονται ασφαλτοστρ… <box>1223 1302 1407 1344</box>
funeral-intro: Τόν λατρευτόν μας σύζυγον, πατέρα, αδελφ… <box>1223 695 1407 715</box>
memorial-text: Η σύζυγος. Τα τέκνα. Τα εγγόνια. Οι αδελ… <box>259 1320 437 1341</box>
greeting-entry: —Ο κ. Χριστόφορος Χριστοφιλόπουλος δεν θ… <box>8 513 250 534</box>
